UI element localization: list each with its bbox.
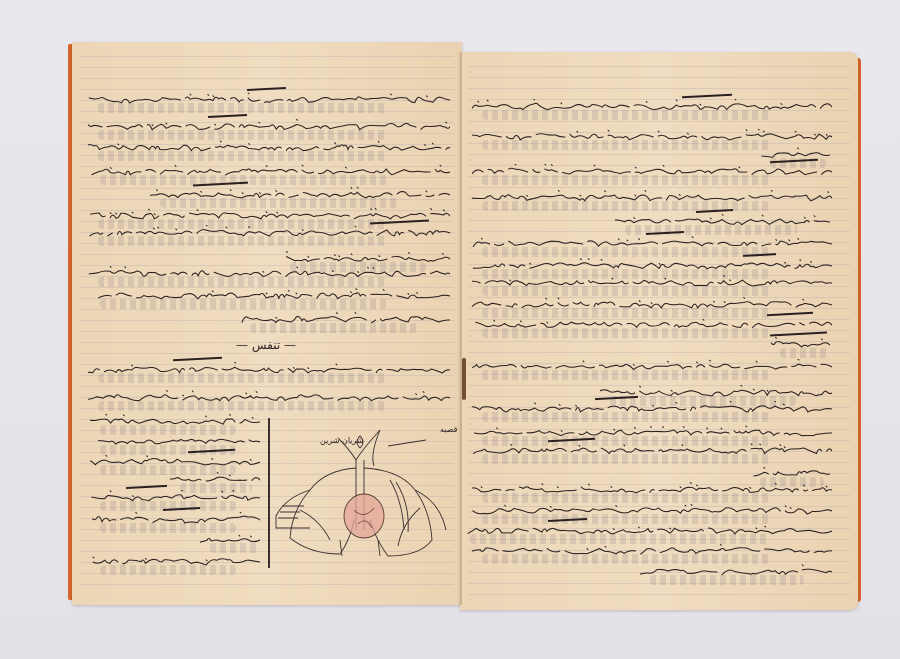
bleed-through-text xyxy=(100,299,388,309)
bleed-through-text xyxy=(98,103,388,113)
bleed-through-text xyxy=(482,454,770,464)
bleed-through-text xyxy=(98,151,388,161)
bleed-through-text xyxy=(482,247,770,257)
bleed-through-text xyxy=(780,348,828,358)
ruled-line xyxy=(80,386,454,387)
bleed-through-text xyxy=(210,543,258,553)
bleed-through-text xyxy=(482,412,770,422)
ruled-line xyxy=(80,309,454,310)
figure-label-top: قصبه xyxy=(440,425,457,434)
bleed-through-text xyxy=(100,175,388,185)
bleed-through-text xyxy=(482,110,770,120)
bleed-through-text xyxy=(98,236,388,246)
ruled-line xyxy=(80,56,454,57)
ruled-line xyxy=(468,66,850,67)
figure-label-side: شریان شرین xyxy=(320,436,364,445)
ruled-line xyxy=(468,594,850,595)
ruled-line xyxy=(468,187,850,188)
ruled-line xyxy=(80,78,454,79)
ruled-line xyxy=(80,67,454,68)
bleed-through-text xyxy=(160,198,400,208)
bleed-through-text xyxy=(482,286,770,296)
bleed-through-text xyxy=(650,575,804,585)
ruled-line xyxy=(468,121,850,122)
bleed-through-text xyxy=(482,140,770,150)
ruled-line xyxy=(468,88,850,89)
bleed-through-text xyxy=(98,277,388,287)
bleed-through-text xyxy=(482,328,770,338)
bleed-through-text xyxy=(98,373,388,383)
bleed-through-text xyxy=(482,370,770,380)
bleed-through-text xyxy=(482,493,770,503)
bleed-through-text xyxy=(250,323,418,333)
bleed-through-text xyxy=(100,565,236,575)
binding-staple xyxy=(462,358,466,400)
bleed-through-text xyxy=(98,130,388,140)
ruled-line xyxy=(468,77,850,78)
bleed-through-text xyxy=(482,175,770,185)
ruled-line xyxy=(80,584,454,585)
section-heading: — تنفس — xyxy=(236,338,296,352)
bleed-through-text xyxy=(482,554,770,564)
ruled-line xyxy=(80,353,454,354)
bleed-through-text xyxy=(98,401,388,411)
